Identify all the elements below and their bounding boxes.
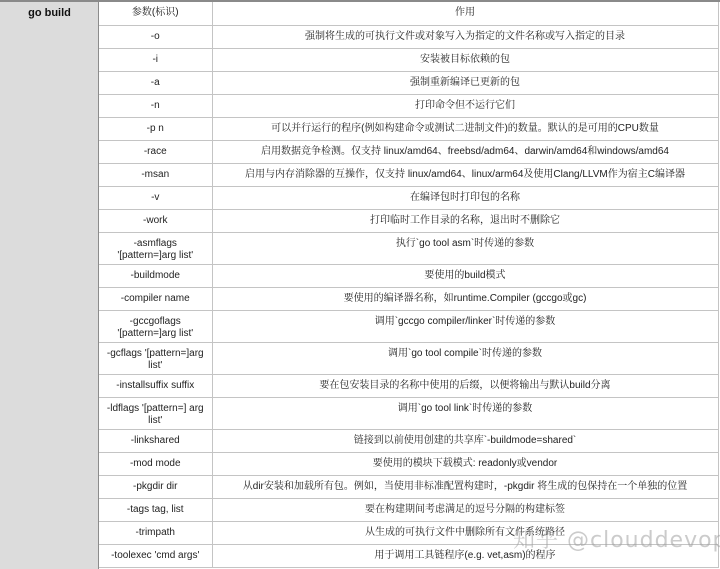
flag-cell: -compiler name bbox=[99, 287, 212, 310]
flag-cell: -buildmode bbox=[99, 264, 212, 287]
flag-cell: -a bbox=[99, 71, 212, 94]
description-cell: 要在包安装目录的名称中使用的后缀，以便将输出与默认build分离 bbox=[212, 374, 718, 397]
flag-cell: -o bbox=[99, 25, 212, 48]
description-cell: 从dir安装和加载所有包。例如，当使用非标准配置构建时，-pkgdir 将生成的… bbox=[212, 475, 718, 498]
description-cell: 要使用的编译器名称，如runtime.Compiler (gccgo或gc) bbox=[212, 287, 718, 310]
table-row: -gcflags '[pattern=]arg list'调用`go tool … bbox=[99, 342, 718, 374]
command-name: go build bbox=[0, 7, 99, 19]
description-cell: 强制重新编译已更新的包 bbox=[212, 71, 718, 94]
flags-table: 参数(标识) 作用 -o强制将生成的可执行文件或对象写入为指定的文件名称或写入指… bbox=[99, 2, 719, 568]
description-cell: 调用`gccgo compiler/linker`时传递的参数 bbox=[212, 310, 718, 342]
table-row: -i安装被目标依赖的包 bbox=[99, 48, 718, 71]
flag-cell: -p n bbox=[99, 117, 212, 140]
description-cell: 链接到以前使用创建的共享库`-buildmode=shared` bbox=[212, 429, 718, 452]
description-cell: 从生成的可执行文件中删除所有文件系统路径 bbox=[212, 521, 718, 544]
flag-cell: -work bbox=[99, 209, 212, 232]
table-row: -a强制重新编译已更新的包 bbox=[99, 71, 718, 94]
description-cell: 打印临时工作目录的名称，退出时不删除它 bbox=[212, 209, 718, 232]
table-header-row: 参数(标识) 作用 bbox=[99, 2, 718, 25]
flag-cell: -pkgdir dir bbox=[99, 475, 212, 498]
flag-cell: -trimpath bbox=[99, 521, 212, 544]
flag-cell: -installsuffix suffix bbox=[99, 374, 212, 397]
command-column: go build bbox=[0, 2, 99, 569]
flag-cell: -n bbox=[99, 94, 212, 117]
description-cell: 调用`go tool compile`时传递的参数 bbox=[212, 342, 718, 374]
flag-cell: -i bbox=[99, 48, 212, 71]
header-description: 作用 bbox=[212, 2, 718, 25]
flag-cell: -msan bbox=[99, 163, 212, 186]
flag-cell: -v bbox=[99, 186, 212, 209]
description-cell: 启用与内存消除器的互操作，仅支持 linux/amd64、linux/arm64… bbox=[212, 163, 718, 186]
description-cell: 在编译包时打印包的名称 bbox=[212, 186, 718, 209]
description-cell: 安装被目标依赖的包 bbox=[212, 48, 718, 71]
flag-cell: -mod mode bbox=[99, 452, 212, 475]
table-row: -p n可以并行运行的程序(例如构建命令或测试二进制文件)的数量。默认的是可用的… bbox=[99, 117, 718, 140]
description-cell: 执行`go tool asm`时传递的参数 bbox=[212, 232, 718, 264]
table-row: -race启用数据竞争检测。仅支持 linux/amd64、freebsd/ad… bbox=[99, 140, 718, 163]
description-cell: 强制将生成的可执行文件或对象写入为指定的文件名称或写入指定的目录 bbox=[212, 25, 718, 48]
table-row: -work打印临时工作目录的名称，退出时不删除它 bbox=[99, 209, 718, 232]
description-cell: 用于调用工具链程序(e.g. vet,asm)的程序 bbox=[212, 544, 718, 567]
header-flag: 参数(标识) bbox=[99, 2, 212, 25]
table-row: -v在编译包时打印包的名称 bbox=[99, 186, 718, 209]
description-cell: 可以并行运行的程序(例如构建命令或测试二进制文件)的数量。默认的是可用的CPU数… bbox=[212, 117, 718, 140]
table-row: -buildmode要使用的build模式 bbox=[99, 264, 718, 287]
table-row: -compiler name要使用的编译器名称，如runtime.Compile… bbox=[99, 287, 718, 310]
table-row: -tags tag, list要在构建期间考虑满足的逗号分隔的构建标签 bbox=[99, 498, 718, 521]
table-row: -o强制将生成的可执行文件或对象写入为指定的文件名称或写入指定的目录 bbox=[99, 25, 718, 48]
flag-cell: -ldflags '[pattern=] arg list' bbox=[99, 397, 212, 429]
flag-cell: -gccgoflags '[pattern=]arg list' bbox=[99, 310, 212, 342]
description-cell: 启用数据竞争检测。仅支持 linux/amd64、freebsd/adm64、d… bbox=[212, 140, 718, 163]
table-row: -toolexec 'cmd args'用于调用工具链程序(e.g. vet,a… bbox=[99, 544, 718, 567]
go-build-reference-page: go build 参数(标识) 作用 -o强制将生成的可执行文件或对象写入为指定… bbox=[0, 0, 720, 569]
description-cell: 打印命令但不运行它们 bbox=[212, 94, 718, 117]
description-cell: 调用`go tool link`时传递的参数 bbox=[212, 397, 718, 429]
table-row: -mod mode要使用的模块下载模式: readonly或vendor bbox=[99, 452, 718, 475]
table-row: -n打印命令但不运行它们 bbox=[99, 94, 718, 117]
flag-cell: -race bbox=[99, 140, 212, 163]
table-row: -ldflags '[pattern=] arg list'调用`go tool… bbox=[99, 397, 718, 429]
flag-cell: -tags tag, list bbox=[99, 498, 212, 521]
description-cell: 要在构建期间考虑满足的逗号分隔的构建标签 bbox=[212, 498, 718, 521]
description-cell: 要使用的模块下载模式: readonly或vendor bbox=[212, 452, 718, 475]
flag-cell: -linkshared bbox=[99, 429, 212, 452]
table-row: -trimpath从生成的可执行文件中删除所有文件系统路径 bbox=[99, 521, 718, 544]
table-row: -msan启用与内存消除器的互操作，仅支持 linux/amd64、linux/… bbox=[99, 163, 718, 186]
description-cell: 要使用的build模式 bbox=[212, 264, 718, 287]
table-row: -gccgoflags '[pattern=]arg list'调用`gccgo… bbox=[99, 310, 718, 342]
table-row: -installsuffix suffix要在包安装目录的名称中使用的后缀，以便… bbox=[99, 374, 718, 397]
table-row: -linkshared链接到以前使用创建的共享库`-buildmode=shar… bbox=[99, 429, 718, 452]
flag-cell: -asmflags '[pattern=]arg list' bbox=[99, 232, 212, 264]
table-row: -asmflags '[pattern=]arg list'执行`go tool… bbox=[99, 232, 718, 264]
flag-cell: -gcflags '[pattern=]arg list' bbox=[99, 342, 212, 374]
flag-cell: -toolexec 'cmd args' bbox=[99, 544, 212, 567]
table-row: -pkgdir dir从dir安装和加载所有包。例如，当使用非标准配置构建时，-… bbox=[99, 475, 718, 498]
